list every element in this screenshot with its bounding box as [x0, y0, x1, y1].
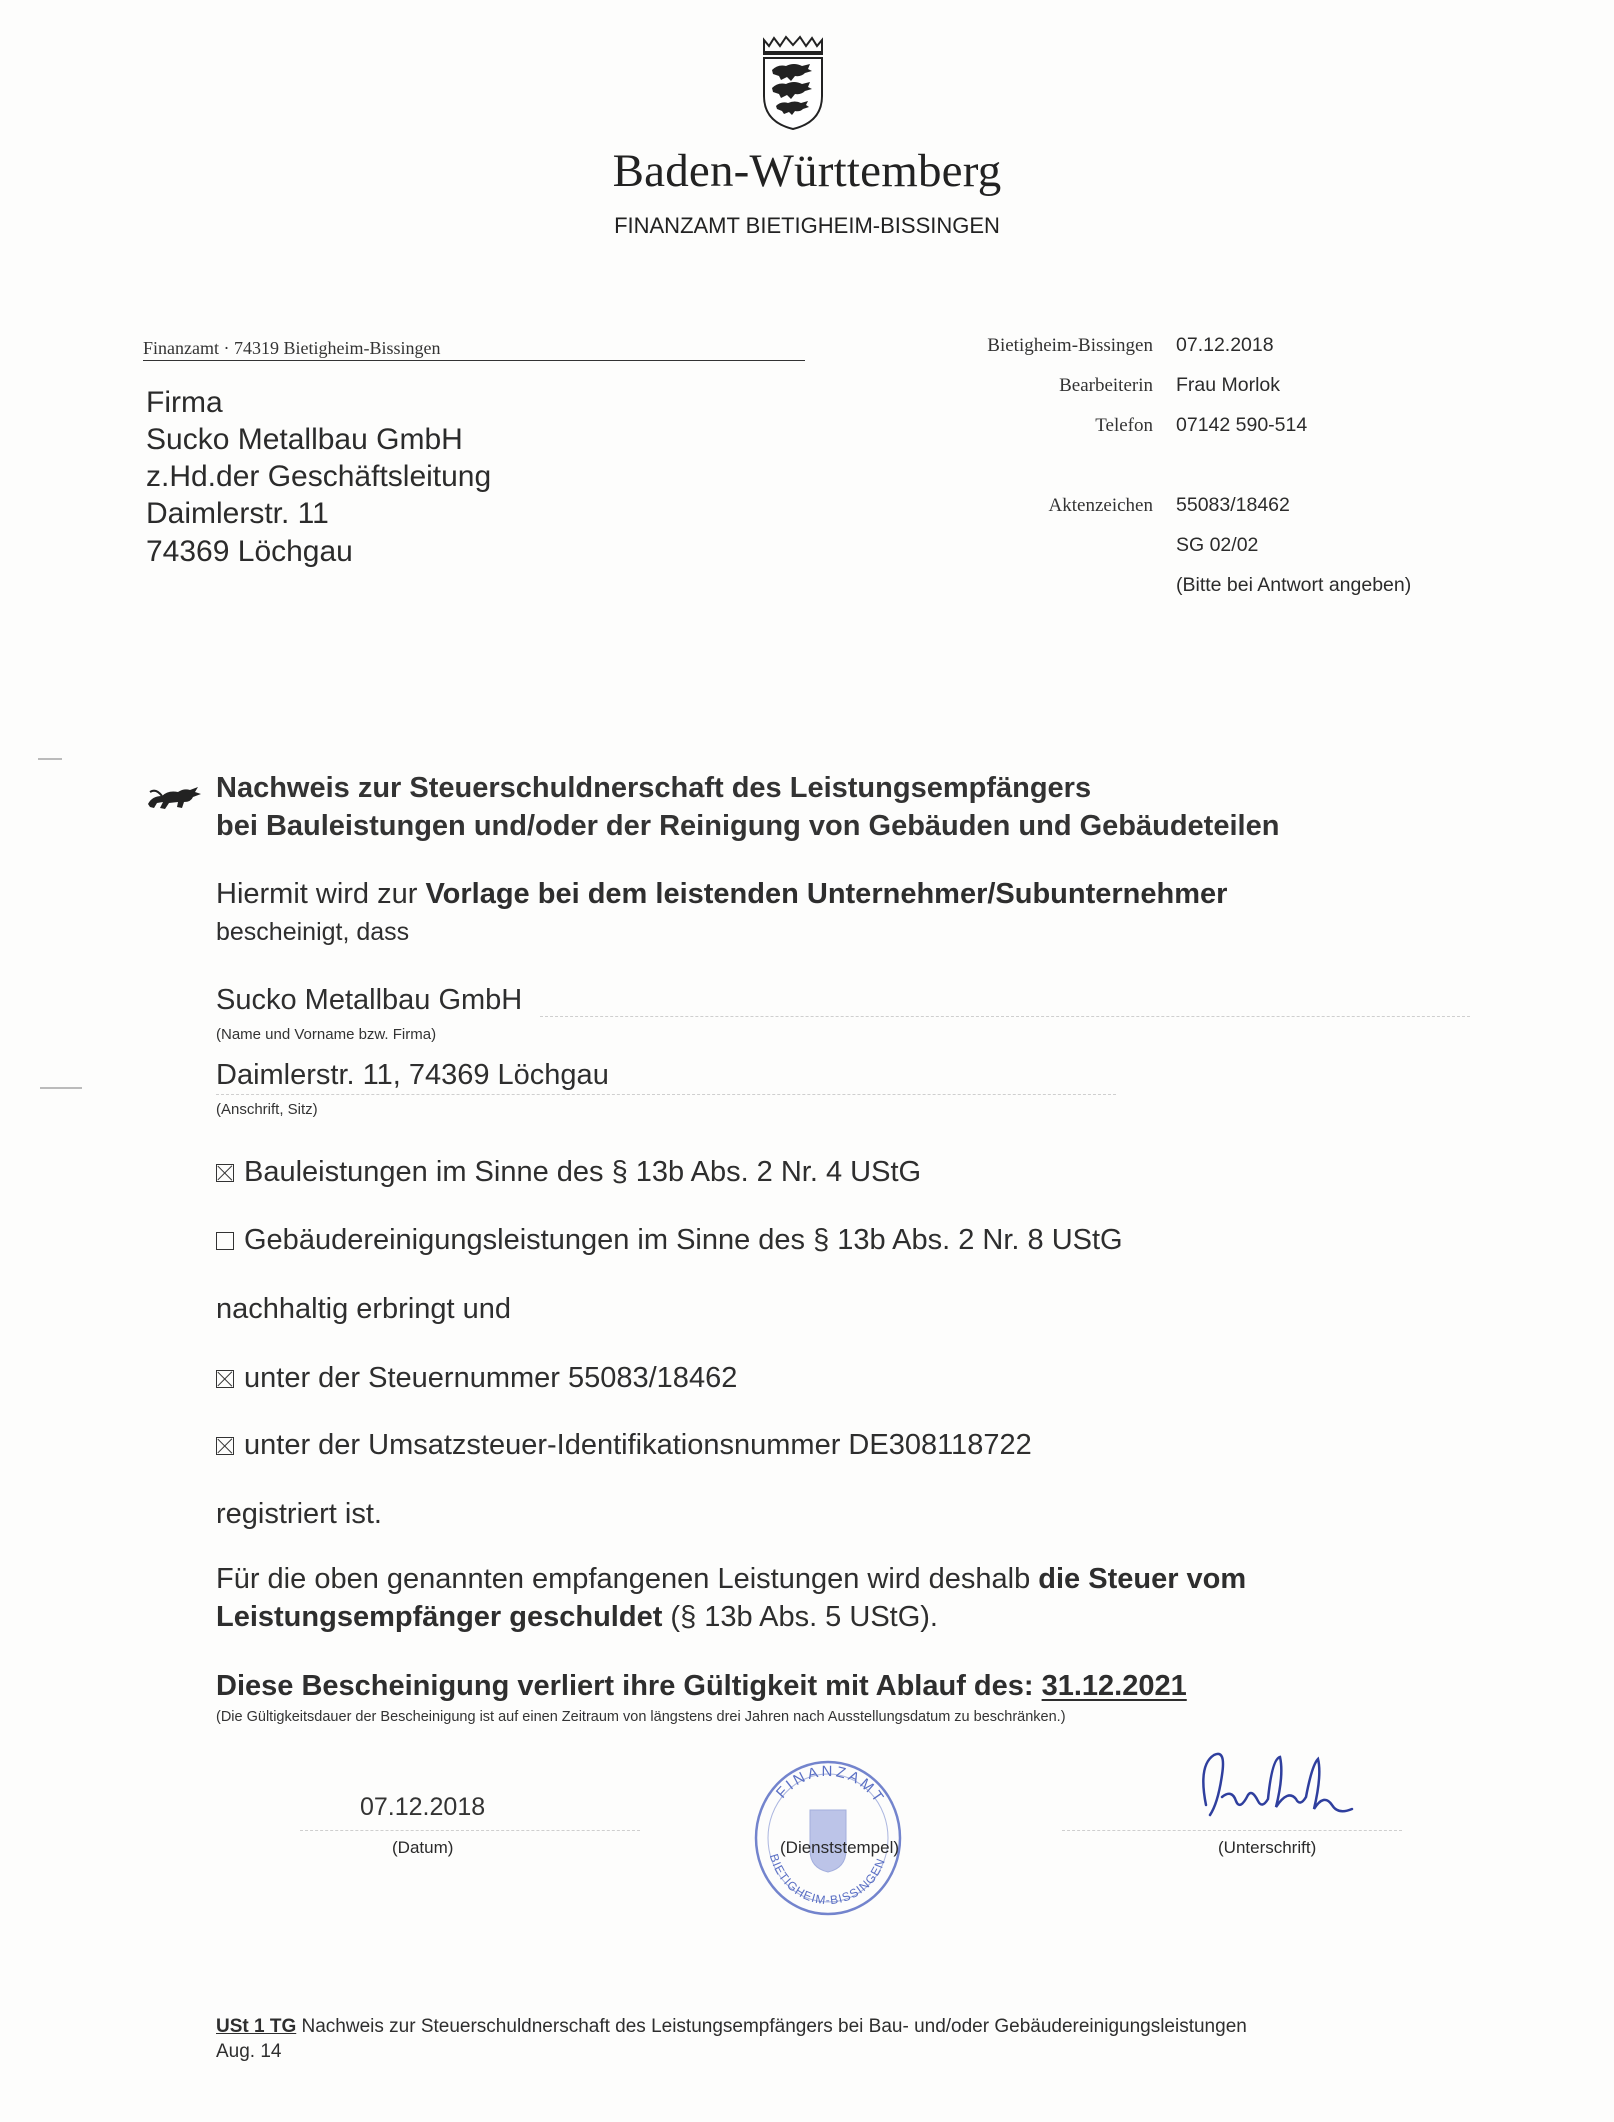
- registration-tax-number: unter der Steuernummer 55083/18462: [216, 1362, 737, 1395]
- info-value-file-ref: 55083/18462: [1176, 494, 1290, 517]
- form-code: USt 1 TG: [216, 2016, 296, 2037]
- sender-return-address: Finanzamt · 74319 Bietigheim-Bissingen: [143, 338, 805, 361]
- info-label-phone: Telefon: [853, 415, 1153, 437]
- intro-line1: Hiermit wird zur Vorlage bei dem leisten…: [216, 878, 1227, 911]
- liability-text: Für die oben genannten empfangenen Leist…: [216, 1563, 1038, 1595]
- checkbox-tax-number[interactable]: [216, 1370, 234, 1388]
- document-title-line2: bei Bauleistungen und/oder der Reinigung…: [216, 810, 1279, 843]
- info-value-department: SG 02/02: [1176, 534, 1258, 557]
- office-name: FINANZAMT BIETIGHEIM-BISSINGEN: [0, 213, 1614, 239]
- lion-icon: [146, 786, 202, 814]
- scan-mark: [40, 1087, 82, 1089]
- validity-date: 31.12.2021: [1042, 1670, 1187, 1702]
- registration-label: unter der Umsatzsteuer-Identifikationsnu…: [244, 1429, 1032, 1462]
- form-footer: USt 1 TG Nachweis zur Steuerschuldnersch…: [216, 2016, 1247, 2038]
- info-value-clerk: Frau Morlok: [1176, 374, 1280, 397]
- scan-mark: [38, 758, 62, 760]
- info-value-note: (Bitte bei Antwort angeben): [1176, 574, 1411, 597]
- checkbox-cleaning[interactable]: [216, 1232, 234, 1250]
- recipient-line: z.Hd.der Geschäftsleitung: [146, 460, 491, 494]
- registered-text: registriert ist.: [216, 1498, 382, 1531]
- intro-line2: bescheinigt, dass: [216, 918, 409, 947]
- date-line: [300, 1830, 640, 1831]
- service-label: Bauleistungen im Sinne des § 13b Abs. 2 …: [244, 1156, 921, 1189]
- document-title-line1: Nachweis zur Steuerschuldnerschaft des L…: [216, 772, 1091, 805]
- recipient-line: 74369 Löchgau: [146, 535, 353, 569]
- liability-line1: Für die oben genannten empfangenen Leist…: [216, 1563, 1246, 1596]
- recipient-line: Firma: [146, 386, 223, 420]
- date-label: (Datum): [392, 1838, 453, 1858]
- validity-statement: Diese Bescheinigung verliert ihre Gültig…: [216, 1670, 1187, 1703]
- company-name-label: (Name und Vorname bzw. Firma): [216, 1026, 436, 1043]
- svg-text:FINANZAMT: FINANZAMT: [773, 1763, 888, 1808]
- company-name: Sucko Metallbau GmbH: [216, 984, 522, 1017]
- info-label-file-ref: Aktenzeichen: [853, 495, 1153, 517]
- sustained-text: nachhaltig erbringt und: [216, 1293, 511, 1326]
- checkbox-vat-id[interactable]: [216, 1437, 234, 1455]
- validity-text: Diese Bescheinigung verliert ihre Gültig…: [216, 1670, 1042, 1702]
- liability-line2: Leistungsempfänger geschuldet (§ 13b Abs…: [216, 1601, 938, 1634]
- intro-bold: Vorlage bei dem leistenden Unternehmer/S…: [425, 878, 1227, 910]
- signature-label: (Unterschrift): [1218, 1838, 1316, 1858]
- info-label-clerk: Bearbeiterin: [853, 375, 1153, 397]
- form-version: Aug. 14: [216, 2041, 282, 2063]
- validity-note: (Die Gültigkeitsdauer der Bescheinigung …: [216, 1709, 1066, 1725]
- intro-prefix: Hiermit wird zur: [216, 878, 425, 910]
- registration-vat-id: unter der Umsatzsteuer-Identifikationsnu…: [216, 1429, 1032, 1462]
- coat-of-arms-icon: [758, 34, 828, 132]
- info-label-place: Bietigheim-Bissingen: [853, 335, 1153, 357]
- recipient-line: Sucko Metallbau GmbH: [146, 423, 463, 457]
- liability-bold: die Steuer vom: [1038, 1563, 1246, 1595]
- issue-date: 07.12.2018: [360, 1793, 485, 1822]
- company-address-label: (Anschrift, Sitz): [216, 1101, 318, 1118]
- state-name: Baden-Württemberg: [0, 144, 1614, 198]
- liability-text: (§ 13b Abs. 5 UStG).: [662, 1601, 938, 1633]
- service-option-construction: Bauleistungen im Sinne des § 13b Abs. 2 …: [216, 1156, 921, 1189]
- info-value-phone: 07142 590-514: [1176, 414, 1307, 437]
- company-address-line: [216, 1094, 1116, 1095]
- checkbox-construction[interactable]: [216, 1164, 234, 1182]
- signature-mark: [1192, 1745, 1362, 1835]
- service-option-cleaning: Gebäudereinigungsleistungen im Sinne des…: [216, 1224, 1123, 1257]
- signature-line: [1062, 1830, 1402, 1831]
- info-value-date: 07.12.2018: [1176, 334, 1274, 357]
- company-address: Daimlerstr. 11, 74369 Löchgau: [216, 1059, 609, 1092]
- registration-label: unter der Steuernummer 55083/18462: [244, 1362, 737, 1395]
- company-name-line: [540, 1016, 1470, 1017]
- recipient-line: Daimlerstr. 11: [146, 497, 329, 531]
- stamp-label: (Dienststempel): [780, 1838, 899, 1858]
- liability-bold: Leistungsempfänger geschuldet: [216, 1601, 662, 1633]
- form-description: Nachweis zur Steuerschuldnerschaft des L…: [296, 2016, 1247, 2037]
- service-label: Gebäudereinigungsleistungen im Sinne des…: [244, 1224, 1123, 1257]
